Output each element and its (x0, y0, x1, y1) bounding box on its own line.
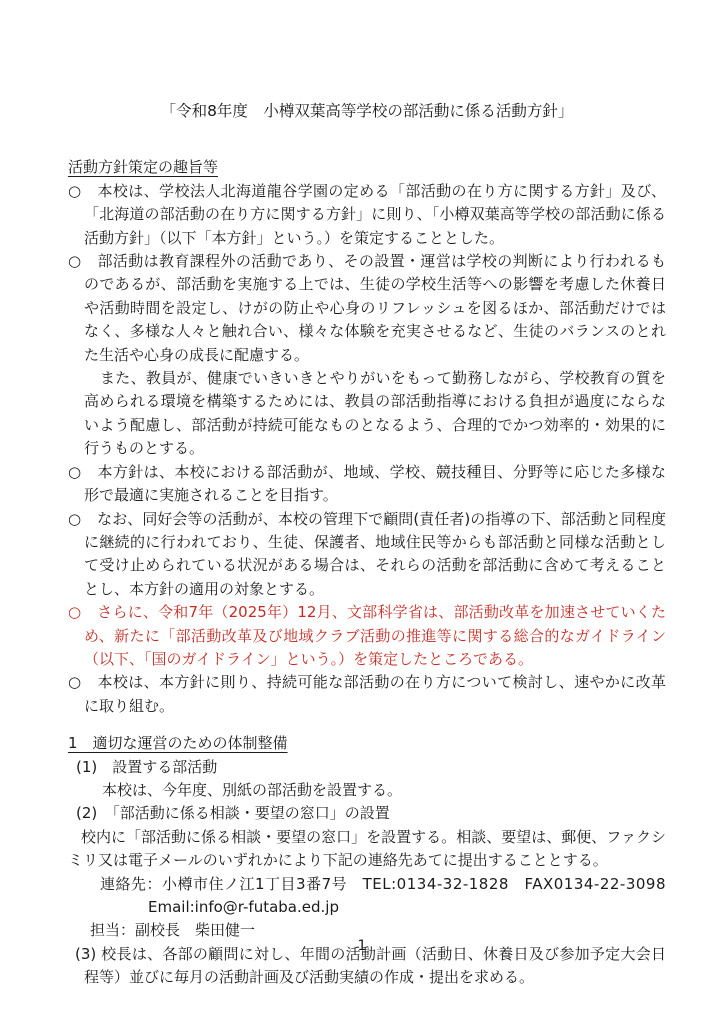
bullet-marker: ○ (68, 252, 81, 270)
section1-item2-label: (2) 「部活動に係る相談・要望の窓口」の設置 (68, 802, 666, 825)
intro-bullet-3-text: 本方針は、本校における部活動が、地域、学校、競技種目、分野等に応じた多様な形で最… (84, 463, 666, 504)
intro-bullet-5-red: ○さらに、令和7年（2025年）12月、文部科学省は、部活動改革を加速させていく… (68, 601, 666, 671)
intro-section-heading: 活動方針策定の趣旨等 (68, 156, 666, 179)
contact-email-line: Email:info@r-futaba.ed.jp (68, 896, 666, 919)
intro-bullet-4: ○なお、同好会等の活動が、本校の管理下で顧問(責任者)の指導の下、部活動と同程度… (68, 508, 666, 602)
intro-bullet-1: ○本校は、学校法人北海道龍谷学園の定める「部活動の在り方に関する方針」及び、「北… (68, 180, 666, 250)
intro-bullet-5-text: さらに、令和7年（2025年）12月、文部科学省は、部活動改革を加速させていくた… (84, 603, 666, 668)
intro-bullet-6-text: 本校は、本方針に則り、持続可能な部活動の在り方について検討し、速やかに改革に取り… (84, 673, 666, 714)
bullet-marker: ○ (68, 673, 81, 691)
document-page: 「令和8年度 小樽双葉高等学校の部活動に係る活動方針」 活動方針策定の趣旨等 ○… (0, 0, 724, 1024)
intro-bullet-2: ○部活動は教育課程外の活動であり、その設置・運営は学校の判断により行われるもので… (68, 250, 666, 367)
bullet-marker: ○ (68, 463, 81, 481)
contact-address-line: 連絡先：小樽市住ノ江1丁目3番7号 TEL:0134-32-1828 FAX01… (68, 873, 666, 896)
bullet-marker: ○ (68, 182, 81, 200)
intro-bullet-3: ○本方針は、本校における部活動が、地域、学校、競技種目、分野等に応じた多様な形で… (68, 461, 666, 508)
document-title: 「令和8年度 小樽双葉高等学校の部活動に係る活動方針」 (68, 100, 666, 123)
section1-heading: 1 適切な運営のための体制整備 (68, 732, 666, 755)
bullet-marker: ○ (68, 510, 81, 528)
intro-bullet-6: ○本校は、本方針に則り、持続可能な部活動の在り方について検討し、速やかに改革に取… (68, 671, 666, 718)
intro-bullet-4-text: なお、同好会等の活動が、本校の管理下で顧問(責任者)の指導の下、部活動と同程度に… (84, 510, 666, 598)
intro-bullet-2-text: 部活動は教育課程外の活動であり、その設置・運営は学校の判断により行われるものであ… (84, 252, 666, 364)
bullet-marker: ○ (68, 603, 81, 621)
intro-supplementary-paragraph: また、教員が、健康でいきいきとやりがいをもって勤務しながら、学校教育の質を高めら… (68, 367, 666, 461)
intro-bullet-1-text: 本校は、学校法人北海道龍谷学園の定める「部活動の在り方に関する方針」及び、「北海… (84, 182, 666, 247)
section1-item2-body: 校内に「部活動に係る相談・要望の窓口」を設置する。相談、要望は、郵便、ファクシミ… (68, 826, 666, 873)
page-number: 1 (0, 935, 724, 958)
section1-item1-body: 本校は、今年度、別紙の部活動を設置する。 (68, 779, 666, 802)
section1-item1-label: (1) 設置する部活動 (68, 756, 666, 779)
